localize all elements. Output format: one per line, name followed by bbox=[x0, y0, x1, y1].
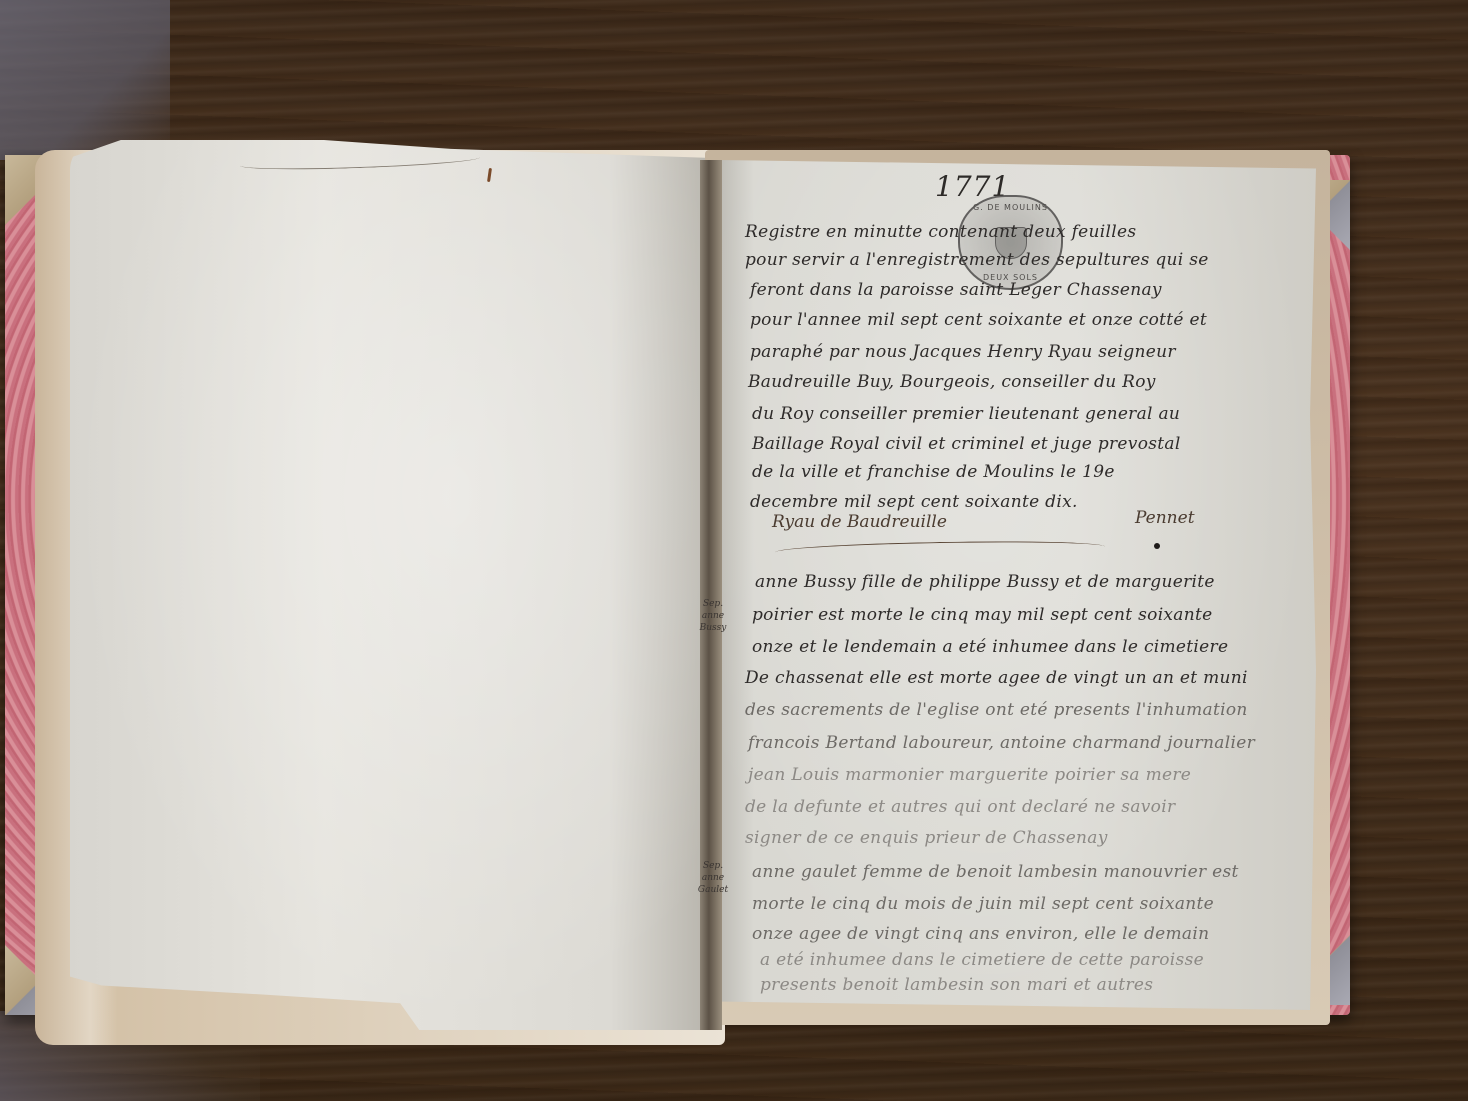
preamble-line: Registre en minutte contenant deux feuil… bbox=[745, 222, 1136, 242]
entry-1-line: des sacrements de l'eglise ont eté prese… bbox=[745, 700, 1248, 720]
preamble-line: decembre mil sept cent soixante dix. bbox=[750, 492, 1078, 512]
seal-top-text: G. DE MOULINS bbox=[973, 203, 1048, 212]
entry-1-line: De chassenat elle est morte agee de ving… bbox=[745, 668, 1248, 688]
margin-note-line: Sep. bbox=[693, 598, 733, 610]
entry-2-line: a eté inhumee dans le cimetiere de cette… bbox=[760, 950, 1204, 970]
entry-1-line: francois Bertand laboureur, antoine char… bbox=[748, 733, 1255, 753]
signature-left: Ryau de Baudreuille bbox=[772, 512, 947, 532]
preamble-line: du Roy conseiller premier lieutenant gen… bbox=[752, 404, 1180, 424]
entry-1-line: onze et le lendemain a eté inhumee dans … bbox=[752, 637, 1228, 657]
preamble-line: Baudreuille Buy, Bourgeois, conseiller d… bbox=[748, 372, 1156, 392]
signature-right: Pennet bbox=[1135, 508, 1195, 528]
margin-note-line: Sep. bbox=[693, 860, 733, 872]
entry-2-line: anne gaulet femme de benoit lambesin man… bbox=[752, 862, 1239, 882]
entry-1-line: anne Bussy fille de philippe Bussy et de… bbox=[755, 572, 1215, 592]
margin-note-line: anne bbox=[693, 610, 733, 622]
preamble-line: feront dans la paroisse saint Leger Chas… bbox=[750, 280, 1162, 300]
entry-1-line: de la defunte et autres qui ont declaré … bbox=[745, 797, 1175, 817]
book-gutter bbox=[700, 160, 722, 1030]
preamble-line: Baillage Royal civil et criminel et juge… bbox=[752, 434, 1181, 454]
table-shadow-top-left bbox=[0, 0, 170, 160]
margin-note-line: Bussy bbox=[693, 622, 733, 634]
preamble-line: pour l'annee mil sept cent soixante et o… bbox=[750, 310, 1207, 330]
entry-2-line: presents benoit lambesin son mari et aut… bbox=[760, 975, 1153, 995]
margin-note-line: anne bbox=[693, 872, 733, 884]
entry-1-line: jean Louis marmonier marguerite poirier … bbox=[748, 765, 1191, 785]
entry-1-line: poirier est morte le cinq may mil sept c… bbox=[752, 605, 1213, 625]
margin-note-entry-1: Sep. anne Bussy bbox=[693, 598, 733, 634]
preamble-line: de la ville et franchise de Moulins le 1… bbox=[752, 462, 1115, 482]
preamble-line: paraphé par nous Jacques Henry Ryau seig… bbox=[750, 342, 1176, 362]
entry-2-line: morte le cinq du mois de juin mil sept c… bbox=[752, 894, 1214, 914]
ink-dot bbox=[1154, 543, 1160, 549]
margin-note-entry-2: Sep. anne Gaulet bbox=[693, 860, 733, 896]
left-page-blank bbox=[70, 140, 705, 1030]
entry-1-line: signer de ce enquis prieur de Chassenay bbox=[745, 828, 1108, 848]
entry-2-line: onze agee de vingt cinq ans environ, ell… bbox=[752, 924, 1209, 944]
margin-note-line: Gaulet bbox=[693, 884, 733, 896]
tax-stamp-seal: G. DE MOULINS DEUX SOLS bbox=[958, 195, 1063, 290]
preamble-line: pour servir a l'enregistrement des sepul… bbox=[745, 250, 1209, 270]
